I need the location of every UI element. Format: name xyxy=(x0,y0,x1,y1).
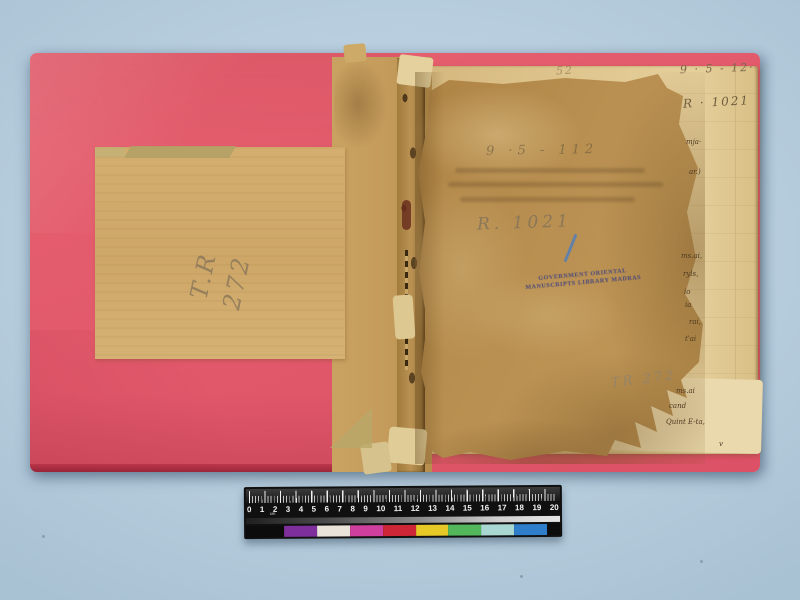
ruler-number: 3 xyxy=(286,505,291,513)
ruler-number: 4 xyxy=(299,505,304,513)
ruler-number: 10 xyxy=(376,505,385,513)
stained-flyleaf-page xyxy=(415,72,705,464)
edge-ink-fragment: Quint E-ta, xyxy=(666,418,705,426)
ruler-number: 12 xyxy=(411,504,420,512)
edge-ink-fragment: t'ai xyxy=(685,335,696,343)
tape-piece-top-left xyxy=(95,147,125,157)
ruler-number: 1 xyxy=(260,505,265,513)
ruler-number: 5 xyxy=(312,505,317,513)
ruler-number: 9 xyxy=(363,505,368,513)
edge-ink-fragment: mja· xyxy=(686,138,701,146)
edge-ink-fragment: io xyxy=(684,288,690,296)
color-swatch-white xyxy=(317,525,350,536)
impressed-text-smudge xyxy=(460,197,635,202)
underpage-ink-date: 9 · 5 - 12· xyxy=(680,61,755,77)
impressed-text-smudge xyxy=(448,182,663,187)
calibration-ruler: 01234567891011121314151617181920 cm xyxy=(244,485,562,539)
spine-top-tab xyxy=(343,43,366,63)
ruler-number: 14 xyxy=(445,504,454,512)
ruler-number: 19 xyxy=(532,504,541,512)
torn-paper-top xyxy=(396,54,433,88)
color-swatch-red xyxy=(383,525,416,536)
ruler-number: 17 xyxy=(498,504,507,512)
archival-photo: T.R 272 52 9 ·5 - 112 R. 1021 GOVERNMENT… xyxy=(0,0,800,600)
torn-paper-bottom xyxy=(387,426,428,465)
ruler-number: 13 xyxy=(428,504,437,512)
faint-pencil-numeral: 52 xyxy=(556,64,575,78)
edge-ink-fragment: ar.) xyxy=(689,168,701,176)
dust-speck xyxy=(42,535,45,538)
spine-glue-stain xyxy=(402,200,411,230)
torn-paper-mid xyxy=(392,294,415,339)
ruler-number: 20 xyxy=(550,503,559,511)
ruler-cm-ticks xyxy=(249,489,557,503)
ruler-tick-band xyxy=(246,487,560,503)
color-swatch-green xyxy=(448,524,481,535)
color-swatch-blue xyxy=(514,524,547,535)
ruler-black-segment-left xyxy=(246,526,284,537)
ruler-black-segment-right xyxy=(547,524,560,535)
accession-number-pencil: R. 1021 xyxy=(477,211,573,234)
tape-piece-top xyxy=(124,146,236,158)
edge-ink-fragment: ia xyxy=(685,301,691,309)
edge-ink-fragment: ms.ai, xyxy=(681,252,702,260)
edge-ink-fragment: cand xyxy=(669,402,686,410)
color-swatch-purple xyxy=(284,526,317,537)
ruler-number: 11 xyxy=(394,505,403,513)
color-swatch-yellow xyxy=(416,525,449,536)
ruler-number: 15 xyxy=(463,504,472,512)
ruler-number: 16 xyxy=(480,504,489,512)
color-swatch-pale-cyan xyxy=(481,524,514,535)
ruler-swatches xyxy=(284,524,547,537)
color-swatch-magenta xyxy=(350,525,383,536)
ruler-numbers: 01234567891011121314151617181920 xyxy=(247,502,559,515)
ruler-grayscale-gradient xyxy=(246,516,560,524)
pencil-date: 9 ·5 - 112 xyxy=(486,142,599,159)
edge-ink-fragment: ryls, xyxy=(683,270,698,278)
ruler-number: 6 xyxy=(325,505,330,513)
ruler-number: 0 xyxy=(247,506,252,514)
ruler-number: 8 xyxy=(350,505,355,513)
ruler-unit-label: cm xyxy=(270,511,275,516)
dust-speck xyxy=(700,560,703,563)
impressed-text-smudge xyxy=(455,168,645,173)
edge-ink-fragment: rai, xyxy=(689,318,701,326)
ruler-number: 7 xyxy=(338,505,343,513)
edge-ink-fragment: ms.ai xyxy=(676,387,695,395)
ruler-swatches-row xyxy=(246,524,560,537)
dust-speck xyxy=(520,575,523,578)
ruler-number: 18 xyxy=(515,504,524,512)
edge-ink-fragment: v xyxy=(719,440,723,448)
